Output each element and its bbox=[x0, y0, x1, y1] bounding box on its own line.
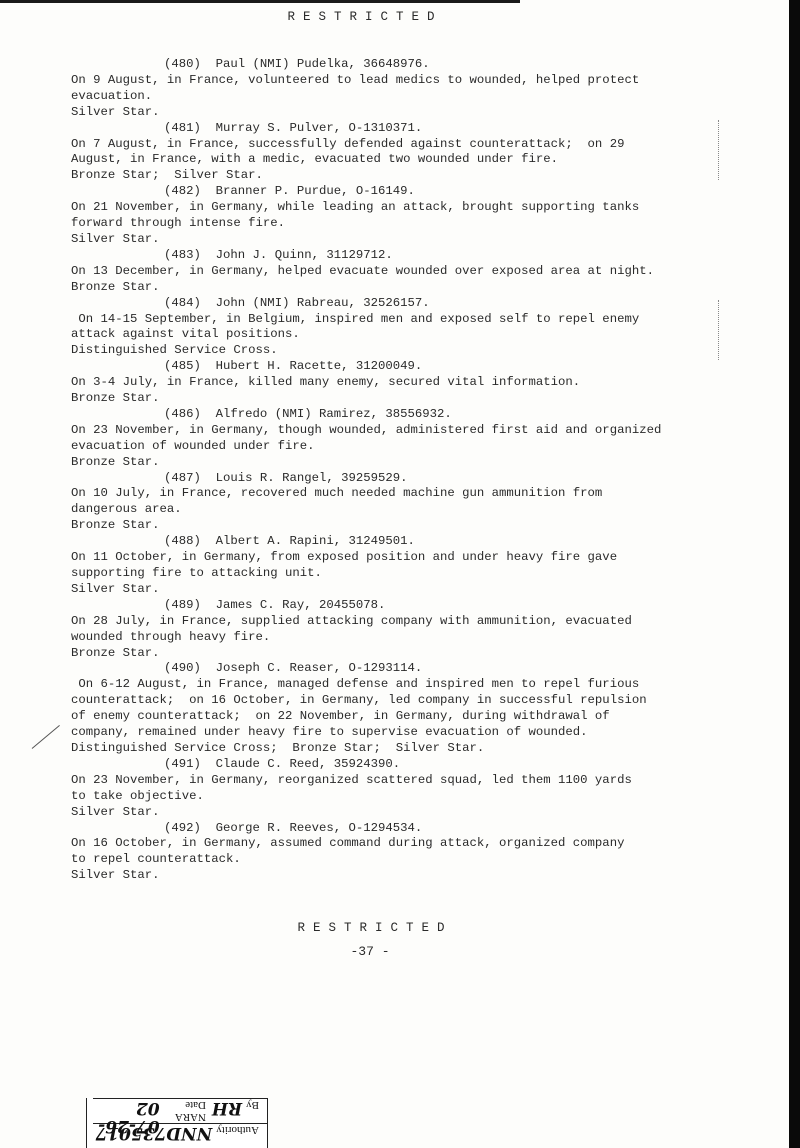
citation-entry: (483) John J. Quinn, 31129712.On 13 Dece… bbox=[71, 248, 711, 296]
stamp-by-value: RH bbox=[212, 1099, 242, 1117]
citation-recipient-header: (487) Louis R. Rangel, 39259529. bbox=[71, 471, 711, 487]
citation-text-line: On 3-4 July, in France, killed many enem… bbox=[71, 375, 711, 391]
citation-entry: (485) Hubert H. Racette, 31200049.On 3-4… bbox=[71, 359, 711, 407]
citation-entry: (492) George R. Reeves, O-1294534.On 16 … bbox=[71, 821, 711, 885]
citation-text-line: of enemy counterattack; on 22 November, … bbox=[71, 709, 711, 725]
citation-text-line: wounded through heavy fire. bbox=[71, 630, 711, 646]
stamp-nara-date-label: NARA Date bbox=[164, 1099, 206, 1123]
footer-classification-marking: RESTRICTED bbox=[0, 921, 730, 935]
citation-text-line: On 7 August, in France, successfully def… bbox=[71, 137, 711, 153]
citation-award: Silver Star. bbox=[71, 582, 711, 598]
citation-recipient-header: (482) Branner P. Purdue, O-16149. bbox=[71, 184, 711, 200]
header-classification-marking: RESTRICTED bbox=[0, 10, 730, 24]
page-number: -37 - bbox=[0, 944, 730, 959]
stamp-by-label: By bbox=[246, 1099, 259, 1111]
citation-text-line: August, in France, with a medic, evacuat… bbox=[71, 152, 711, 168]
citation-recipient-header: (484) John (NMI) Rabreau, 32526157. bbox=[71, 296, 711, 312]
scan-edge-border bbox=[789, 0, 800, 1148]
margin-dot-marks bbox=[718, 120, 720, 180]
citation-text-line: On 23 November, in Germany, reorganized … bbox=[71, 773, 711, 789]
citation-entry: (484) John (NMI) Rabreau, 32526157. On 1… bbox=[71, 296, 711, 360]
citation-text-line: On 21 November, in Germany, while leadin… bbox=[71, 200, 711, 216]
citation-recipient-header: (489) James C. Ray, 20455078. bbox=[71, 598, 711, 614]
stamp-date-row: By RH NARA Date 07-26-02 bbox=[93, 1098, 267, 1123]
citation-award: Distinguished Service Cross; Bronze Star… bbox=[71, 741, 711, 757]
citation-entry: (480) Paul (NMI) Pudelka, 36648976.On 9 … bbox=[71, 57, 711, 121]
citation-text-line: evacuation of wounded under fire. bbox=[71, 439, 711, 455]
citation-text-line: dangerous area. bbox=[71, 502, 711, 518]
citation-award: Silver Star. bbox=[71, 232, 711, 248]
citation-text-line: On 9 August, in France, volunteered to l… bbox=[71, 73, 711, 89]
citation-entry: (482) Branner P. Purdue, O-16149.On 21 N… bbox=[71, 184, 711, 248]
citation-entry: (486) Alfredo (NMI) Ramirez, 38556932.On… bbox=[71, 407, 711, 471]
citation-recipient-header: (485) Hubert H. Racette, 31200049. bbox=[71, 359, 711, 375]
citation-text-line: On 14-15 September, in Belgium, inspired… bbox=[71, 312, 711, 328]
citation-entry: (488) Albert A. Rapini, 31249501.On 11 O… bbox=[71, 534, 711, 598]
citation-text-line: On 28 July, in France, supplied attackin… bbox=[71, 614, 711, 630]
stamp-nara-date-value: 07-26-02 bbox=[93, 1099, 160, 1135]
citation-recipient-header: (490) Joseph C. Reaser, O-1293114. bbox=[71, 661, 711, 677]
citation-text-line: On 16 October, in Germany, assumed comma… bbox=[71, 836, 711, 852]
citation-list: (480) Paul (NMI) Pudelka, 36648976.On 9 … bbox=[71, 57, 711, 884]
document-page: RESTRICTED (480) Paul (NMI) Pudelka, 366… bbox=[0, 0, 800, 1148]
citation-award: Bronze Star. bbox=[71, 646, 711, 662]
citation-award: Bronze Star. bbox=[71, 391, 711, 407]
citation-recipient-header: (481) Murray S. Pulver, O-1310371. bbox=[71, 121, 711, 137]
citation-text-line: evacuation. bbox=[71, 89, 711, 105]
citation-text-line: On 11 October, in Germany, from exposed … bbox=[71, 550, 711, 566]
citation-award: Silver Star. bbox=[71, 105, 711, 121]
citation-recipient-header: (480) Paul (NMI) Pudelka, 36648976. bbox=[71, 57, 711, 73]
citation-text-line: to repel counterattack. bbox=[71, 852, 711, 868]
citation-recipient-header: (488) Albert A. Rapini, 31249501. bbox=[71, 534, 711, 550]
citation-text-line: supporting fire to attacking unit. bbox=[71, 566, 711, 582]
citation-recipient-header: (483) John J. Quinn, 31129712. bbox=[71, 248, 711, 264]
citation-entry: (489) James C. Ray, 20455078.On 28 July,… bbox=[71, 598, 711, 662]
citation-recipient-header: (492) George R. Reeves, O-1294534. bbox=[71, 821, 711, 837]
citation-award: Distinguished Service Cross. bbox=[71, 343, 711, 359]
citation-award: Silver Star. bbox=[71, 805, 711, 821]
citation-text-line: company, remained under heavy fire to su… bbox=[71, 725, 711, 741]
citation-entry: (481) Murray S. Pulver, O-1310371.On 7 A… bbox=[71, 121, 711, 185]
citation-text-line: On 10 July, in France, recovered much ne… bbox=[71, 486, 711, 502]
declassification-stamp: Authority NND735017 By RH NARA Date 07-2… bbox=[86, 1098, 268, 1148]
citation-award: Bronze Star; Silver Star. bbox=[71, 168, 711, 184]
citation-text-line: forward through intense fire. bbox=[71, 216, 711, 232]
margin-dot-marks bbox=[718, 300, 720, 360]
citation-recipient-header: (491) Claude C. Reed, 35924390. bbox=[71, 757, 711, 773]
citation-award: Silver Star. bbox=[71, 868, 711, 884]
citation-entry: (491) Claude C. Reed, 35924390.On 23 Nov… bbox=[71, 757, 711, 821]
margin-pencil-mark bbox=[32, 725, 60, 749]
citation-text-line: to take objective. bbox=[71, 789, 711, 805]
citation-award: Bronze Star. bbox=[71, 455, 711, 471]
citation-award: Bronze Star. bbox=[71, 280, 711, 296]
citation-recipient-header: (486) Alfredo (NMI) Ramirez, 38556932. bbox=[71, 407, 711, 423]
citation-entry: (487) Louis R. Rangel, 39259529.On 10 Ju… bbox=[71, 471, 711, 535]
citation-text-line: On 23 November, in Germany, though wound… bbox=[71, 423, 711, 439]
citation-text-line: On 13 December, in Germany, helped evacu… bbox=[71, 264, 711, 280]
citation-text-line: On 6-12 August, in France, managed defen… bbox=[71, 677, 711, 693]
citation-text-line: attack against vital positions. bbox=[71, 327, 711, 343]
citation-text-line: counterattack; on 16 October, in Germany… bbox=[71, 693, 711, 709]
citation-award: Bronze Star. bbox=[71, 518, 711, 534]
citation-entry: (490) Joseph C. Reaser, O-1293114. On 6-… bbox=[71, 661, 711, 756]
stamp-authority-label: Authority bbox=[216, 1124, 259, 1136]
top-border-rule bbox=[0, 0, 520, 3]
